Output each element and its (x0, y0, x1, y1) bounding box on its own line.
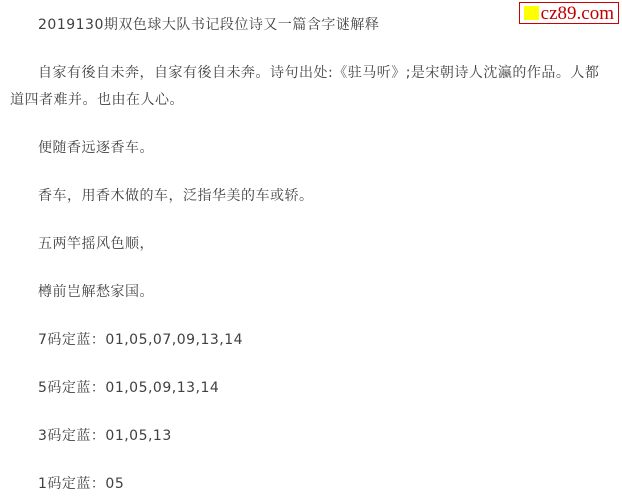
paragraph-blue-3: 3码定蓝：01,05,13 (10, 423, 612, 450)
paragraph-verse-explain: 香车，用香木做的车，泛指华美的车或轿。 (10, 183, 612, 210)
paragraph-verse-2: 五两竿摇风色顺， (10, 231, 612, 258)
logo-text: cz89.com (541, 4, 614, 23)
paragraph-verse-3: 樽前岂解愁家国。 (10, 279, 612, 306)
site-logo-link[interactable]: cz89.com (519, 2, 619, 24)
paragraph-poem-intro: 自家有後自未奔，自家有後自未奔。诗句出处:《驻马听》;是宋朝诗人沈瀛的作品。人都… (10, 60, 612, 114)
paragraph-blue-5: 5码定蓝：01,05,09,13,14 (10, 375, 612, 402)
logo-square-icon (524, 6, 539, 20)
paragraph-verse-1: 便随香远逐香车。 (10, 135, 612, 162)
paragraph-blue-7: 7码定蓝：01,05,07,09,13,14 (10, 327, 612, 354)
article-body: 2019130期双色球大队书记段位诗又一篇含字谜解释 自家有後自未奔，自家有後自… (0, 0, 622, 498)
paragraph-blue-1: 1码定蓝：05 (10, 471, 612, 498)
